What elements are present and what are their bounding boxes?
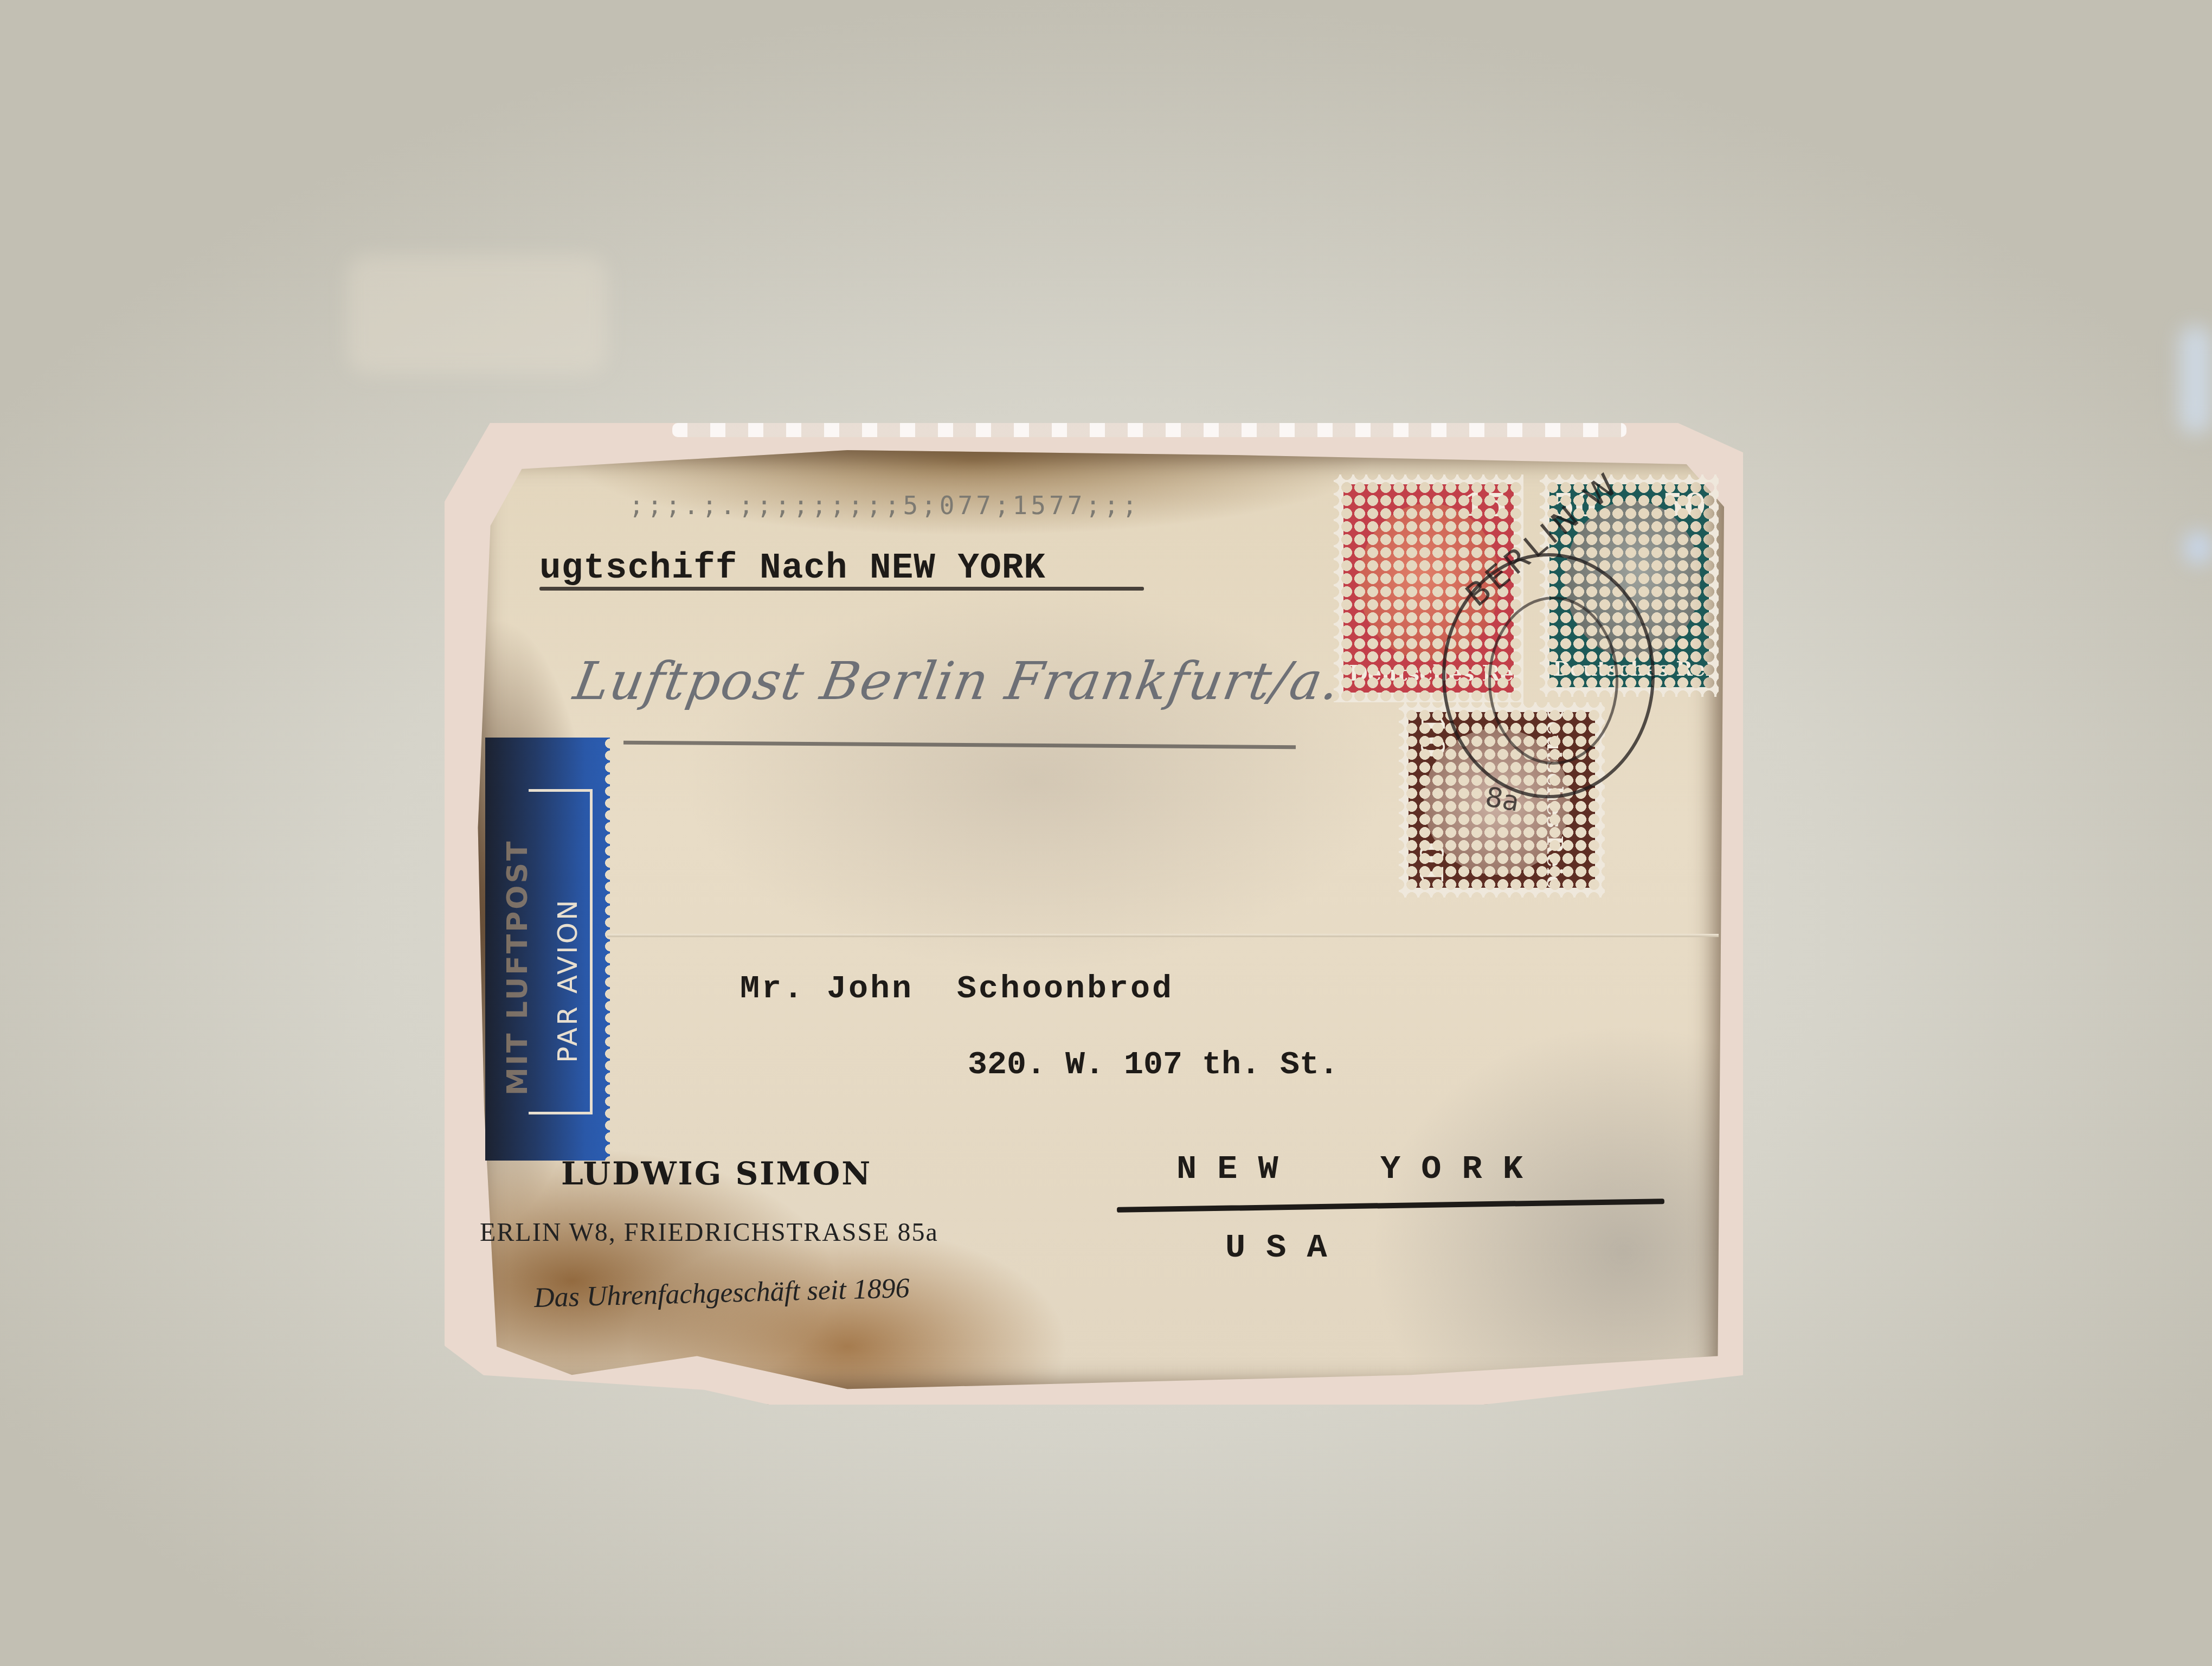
recipient-country: USA xyxy=(1225,1228,1348,1267)
stamp-value-right: 50 xyxy=(1662,486,1706,523)
envelope-fold xyxy=(607,934,1719,937)
sender-address: ERLIN W8, FRIEDRICHSTRASSE 85a xyxy=(480,1218,938,1247)
faded-typed-marks: ;;;.;.;;;;;;;;;5;077;1577;;; xyxy=(629,491,1140,520)
sender-name: LUDWIG SIMON xyxy=(561,1155,872,1192)
glass-reflection xyxy=(347,255,607,374)
stamp-value: 15 xyxy=(1463,486,1507,523)
postmark-inner-ring xyxy=(1488,597,1618,765)
stamp-value-bottom: 10 xyxy=(1414,842,1451,886)
recipient-city: NEW YORK xyxy=(1176,1150,1544,1188)
handwritten-routing: Luftpost Berlin Frankfurt/a. xyxy=(569,651,1346,712)
header-underline xyxy=(539,587,1144,591)
stamp-value-top: 10 xyxy=(1414,714,1451,758)
recipient-street: 320. W. 107 th. St. xyxy=(968,1047,1339,1084)
airmail-label-line1: MIT LUFTPOST xyxy=(501,840,534,1095)
recipient-name: Mr. John Schoonbrod xyxy=(740,971,1174,1008)
glass-reflection-right-2 xyxy=(2185,531,2212,564)
airmail-label: MIT LUFTPOST PAR AVION xyxy=(485,738,610,1161)
glass-reflection-right xyxy=(2179,325,2212,434)
postmark-code: 8a xyxy=(1483,781,1522,818)
header-typed-line: ugtschiff Nach NEW YORK xyxy=(539,548,1046,588)
airmail-label-line2: PAR AVION xyxy=(552,898,583,1063)
sleeve-highlight xyxy=(672,423,1626,437)
